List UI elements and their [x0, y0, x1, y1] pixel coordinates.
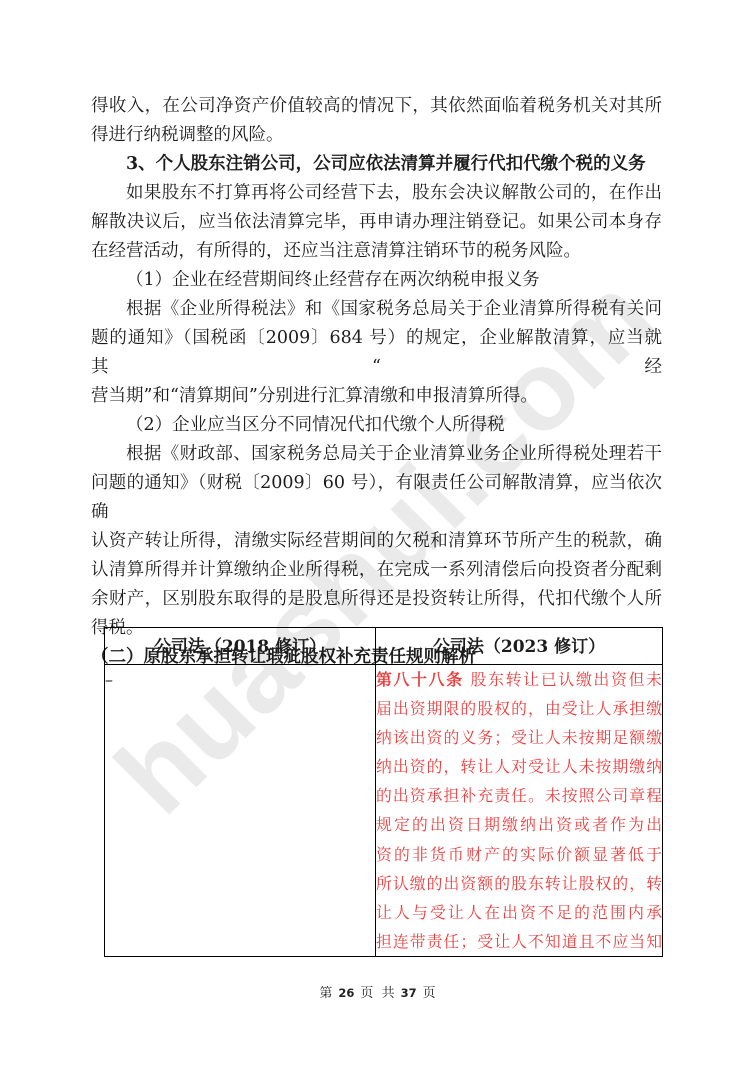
- article-text-line: 纳该出资的义务；受让人未按期足额缴: [376, 723, 662, 752]
- article-text-line: 的出资承担补充责任。未按照公司章程: [376, 781, 662, 810]
- article-text-line: 第八十八条 股东转让已认缴出资但未: [376, 665, 662, 694]
- comparison-table: 公司法（2018 修订） 公司法（2023 修订） – 第八十八条 股东转让已认…: [104, 627, 662, 957]
- current-page-number: 26: [338, 986, 354, 1000]
- article-text-line: 纳出资的，转让人对受让人未按期缴纳: [376, 752, 662, 781]
- body-paragraph-line: 问题的通知》（财税〔2009〕60 号），有限责任公司解散清算，应当依次确: [91, 469, 662, 527]
- table-header-law-2018: 公司法（2018 修订）: [105, 628, 376, 665]
- table-cell-law-2023: 第八十八条 股东转让已认缴出资但未 届出资期限的股权的，由受让人承担缴 纳该出资…: [376, 665, 663, 957]
- footer-label: 共: [382, 986, 395, 1001]
- body-paragraph-line: 题的通知》（国税函〔2009〕684 号）的规定，企业解散清算，应当就其“经: [91, 324, 662, 382]
- table-row: – 第八十八条 股东转让已认缴出资但未 届出资期限的股权的，由受让人承担缴 纳该…: [105, 665, 663, 957]
- body-paragraph-line: 认清算所得并计算缴纳企业所得税，在完成一系列清偿后向投资者分配剩: [91, 556, 662, 585]
- footer-label: 第: [319, 986, 332, 1001]
- body-paragraph-line: 认资产转让所得，清缴实际经营期间的欠税和清算环节所产生的税款，确: [91, 527, 662, 556]
- document-page: huashui.com 得收入，在公司净资产价值较高的情况下，其依然面临着税务机…: [0, 0, 755, 1067]
- article-text-line: 担连带责任；受让人不知道且不应当知: [376, 927, 662, 956]
- article-text-line: 届出资期限的股权的，由受让人承担缴: [376, 694, 662, 723]
- empty-dash: –: [105, 670, 113, 689]
- table-header-law-2023: 公司法（2023 修订）: [376, 628, 663, 665]
- table-cell-law-2018: –: [105, 665, 376, 957]
- article-text-line: 规定的出资日期缴纳出资或者作为出: [376, 810, 662, 839]
- document-body: 得收入，在公司净资产价值较高的情况下，其依然面临着税务机关对其所 得进行纳税调整…: [91, 92, 662, 672]
- article-text-line: 资的非货币财产的实际价额显著低于: [376, 840, 662, 869]
- page-footer: 第26页 共37页: [0, 982, 755, 1001]
- total-page-number: 37: [401, 986, 417, 1000]
- article-text-line: 让人与受让人在出资不足的范围内承: [376, 898, 662, 927]
- body-paragraph-line: 根据《财政部、国家税务总局关于企业清算业务企业所得税处理若干: [91, 440, 662, 469]
- subheading-1: （1）企业在经营期间终止经营存在两次纳税申报义务: [91, 266, 662, 295]
- body-paragraph-line: 解散决议后，应当依法清算完毕，再申请办理注销登记。如果公司本身存: [91, 208, 662, 237]
- table-header-row: 公司法（2018 修订） 公司法（2023 修订）: [105, 628, 663, 665]
- article-number: 第八十八条: [376, 670, 464, 689]
- footer-label: 页: [423, 986, 436, 1001]
- body-paragraph-line: 得进行纳税调整的风险。: [91, 121, 662, 150]
- body-paragraph-line: 如果股东不打算再将公司经营下去，股东会决议解散公司的，在作出: [91, 179, 662, 208]
- body-paragraph-line: 根据《企业所得税法》和《国家税务总局关于企业清算所得税有关问: [91, 295, 662, 324]
- body-paragraph-line: 营当期”和“清算期间”分别进行汇算清缴和申报清算所得。: [91, 382, 662, 411]
- footer-label: 页: [360, 986, 373, 1001]
- body-paragraph-line: 余财产，区别股东取得的是股息所得还是投资转让所得，代扣代缴个人所: [91, 585, 662, 614]
- section-heading-3: 3、个人股东注销公司，公司应依法清算并履行代扣代缴个税的义务: [91, 150, 662, 179]
- body-paragraph-line: 在经营活动，有所得的，还应当注意清算注销环节的税务风险。: [91, 237, 662, 266]
- article-text: 股东转让已认缴出资但未: [471, 670, 662, 689]
- body-paragraph-line: 得收入，在公司净资产价值较高的情况下，其依然面临着税务机关对其所: [91, 92, 662, 121]
- subheading-2: （2）企业应当区分不同情况代扣代缴个人所得税: [91, 411, 662, 440]
- article-text-line: 所认缴的出资额的股东转让股权的，转: [376, 869, 662, 898]
